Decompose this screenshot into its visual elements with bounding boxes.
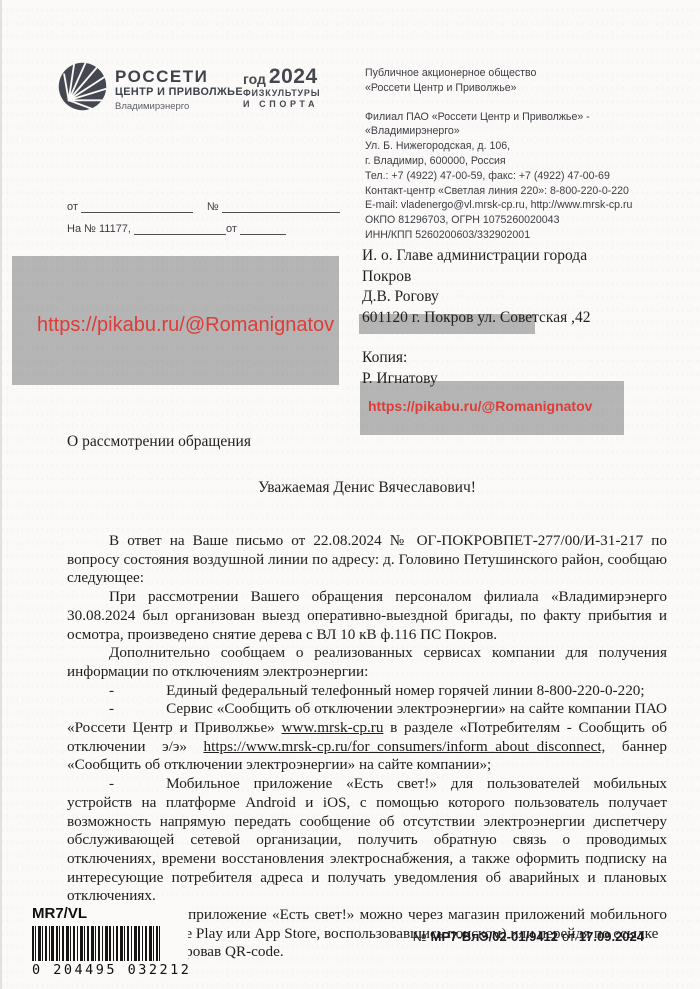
copy-name: Р. Игнатову [362,368,438,389]
paragraph: В ответ на Ваше письмо от 22.08.2024 № О… [67,532,667,588]
barcode-icon [32,926,160,961]
org-line: Ул. Б. Нижегородская, д. 106, [365,139,670,154]
year-2024-emblem: год 2024 ФИЗКУЛЬТУРЫ И СПОРТА [243,66,320,109]
redaction-box-sender: https://pikabu.ru/@Romanignatov [12,256,339,385]
paragraph: Дополнительно сообщаем о реализованных с… [67,644,667,681]
list-item: -Мобильное приложение «Есть свет!» для п… [67,775,667,906]
brand-branch: Владимирэнерго [115,101,243,112]
brand-division: ЦЕНТР И ПРИВОЛЖЬЕ [115,86,243,99]
list-dash: - [109,682,114,699]
redaction-box-copy: https://pikabu.ru/@Romanignatov [360,381,624,435]
emblem-year: 2024 [269,66,318,87]
salutation: Уважаемая Денис Вячеславович! [67,479,667,497]
list-item: -Сервис «Сообщить об отключении электроэ… [67,700,667,775]
barcode-digits: 0 204495 032212 [32,962,184,978]
list-dash: - [109,775,114,792]
mrsk-site-link: www.mrsk-cp.ru [281,719,383,736]
org-line: «Россети Центр и Приволжье» [365,81,670,96]
pikabu-link-text: https://pikabu.ru/@Romanignatov [37,314,334,337]
list-item-text: Мобильное приложение «Есть свет!» для по… [67,775,667,904]
emblem-line3: И СПОРТА [243,100,320,109]
org-line: Тел.: +7 (4922) 47-00-59, факс: +7 (4922… [365,169,670,184]
list-item: -Единый федеральный телефонный номер гор… [67,682,667,701]
recipient-block: И. о. Главе администрации города Покров … [362,246,590,328]
blank-line [81,199,193,213]
rosseti-logo: РОССЕТИ ЦЕНТР И ПРИВОЛЖЬЕ Владимирэнерго [58,62,243,112]
org-line: E-mail: vladenergo@vl.mrsk-cp.ru, http:/… [365,198,670,213]
org-line: Контакт-центр «Светлая линия 220»: 8-800… [365,184,670,199]
barcode-block: MR7/VL 0 204495 032212 [24,903,188,982]
rosseti-sphere-icon [58,62,107,111]
recipient-line: Д.В. Рогову [362,287,590,308]
reply-to-label: На № 11177, [67,223,131,235]
mrsk-disconnect-link: https://www.mrsk-cp.ru/for_consumers/inf… [204,738,606,755]
emblem-word: год [243,72,266,87]
list-dash: - [109,700,114,717]
org-requisites: Публичное акционерное общество «Россети … [365,66,670,243]
ref-date: 17.09.2024 [579,929,644,944]
recipient-line: Покров [362,267,590,288]
ref-from: от [562,929,575,944]
copy-label: Копия: [362,347,438,368]
reply-from-label: от [226,223,237,235]
reference-number-fields: от № На № 11177, от [67,197,340,241]
paragraph: При рассмотрении Вашего обращения персон… [67,588,667,644]
emblem-line2: ФИЗКУЛЬТУРЫ [243,89,320,98]
brand-name: РОССЕТИ [115,68,243,86]
pikabu-link-text: https://pikabu.ru/@Romanignatov [368,398,592,414]
copy-recipient-block: Копия: Р. Игнатову [362,347,438,389]
list-item-text: Единый федеральный телефонный номер горя… [166,682,645,699]
recipient-line: 601120 г. Покров ул. Советская ,42 [362,308,590,329]
letter-subject: О рассмотрении обращения [67,433,251,451]
blank-line [134,221,226,235]
number-label: № [207,201,219,213]
logo-wordmark: РОССЕТИ ЦЕНТР И ПРИВОЛЖЬЕ Владимирэнерго [115,62,243,112]
ref-prefix: № [413,929,427,944]
ref-number: МР7-ВлЭ/02-01/9412 [431,929,558,944]
scanned-letter-page: РОССЕТИ ЦЕНТР И ПРИВОЛЖЬЕ Владимирэнерго… [0,0,700,989]
document-reference: №МР7-ВлЭ/02-01/9412от17.09.2024 [413,929,648,944]
letter-body: В ответ на Ваше письмо от 22.08.2024 № О… [67,532,667,962]
org-line: ОКПО 81296703, ОГРН 1075260020043 [365,213,670,228]
recipient-line: И. о. Главе администрации города [362,246,590,267]
org-line: Публичное акционерное общество [365,66,670,81]
org-line: г. Владимир, 600000, Россия [365,154,670,169]
blank-line [222,199,340,213]
org-line: ИНН/КПП 5260200603/332902001 [365,228,670,243]
org-line: Филиал ПАО «Россети Центр и Приволжье» -… [365,110,670,140]
barcode-label: MR7/VL [32,905,184,922]
from-label: от [67,201,78,213]
blank-line [240,221,286,235]
